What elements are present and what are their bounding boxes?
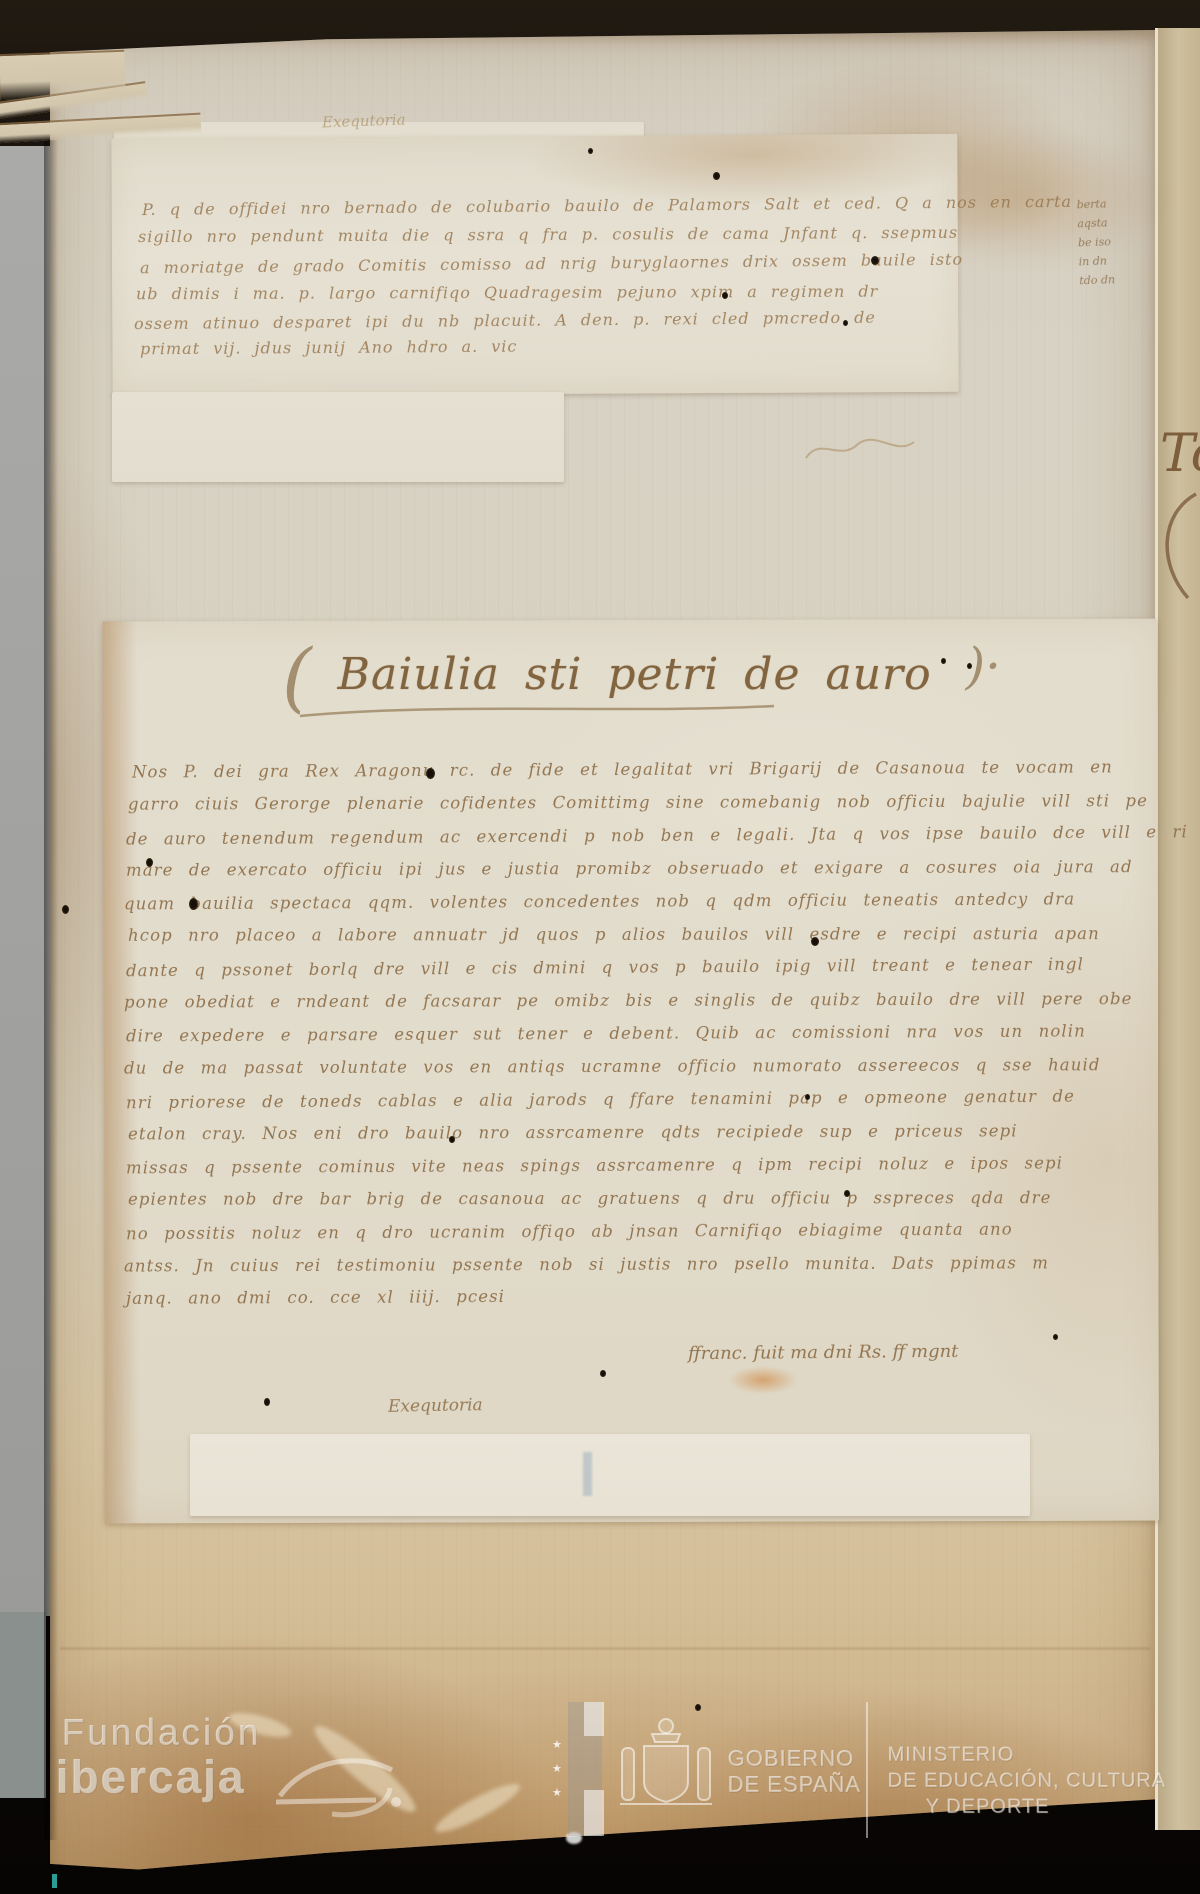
manuscript-line: antss. Jn cuius rei testimoniu pssente n… xyxy=(124,1253,1049,1275)
worm-hole xyxy=(146,858,153,867)
gray-slip-bottom xyxy=(0,1612,46,1798)
manuscript-line: epientes nob dre bar brig de casanoua ac… xyxy=(128,1188,1051,1209)
manuscript-line: primat vij. jdus junij Ano hdro a. vic xyxy=(140,337,518,359)
star-icon: ★ xyxy=(552,1786,562,1799)
blue-mark xyxy=(583,1452,592,1496)
worm-hole xyxy=(600,1370,606,1377)
ministerio-watermark-line1: MINISTERIO xyxy=(888,1744,1015,1767)
signature-line: ffranc. fuit ma dni Rs. ff mgnt xyxy=(688,1341,959,1364)
archival-note-bottom: Exequtoria xyxy=(388,1395,483,1417)
manuscript-line: mare de exercato officiu ipi jus e justi… xyxy=(126,857,1133,880)
star-icon: ★ xyxy=(552,1762,562,1775)
fundacion-watermark-line1: Fundación xyxy=(62,1712,262,1754)
heading-text: Baiulia sti petri de auro xyxy=(338,649,932,700)
gobierno-watermark-line1: GOBIERNO xyxy=(728,1746,855,1772)
paper-strip xyxy=(112,392,564,482)
worm-hole xyxy=(811,937,819,946)
ministry-bar-logo xyxy=(568,1702,602,1836)
archival-note-top: Exequtoria xyxy=(322,111,406,132)
worm-hole xyxy=(189,898,198,910)
worm-hole xyxy=(805,1094,810,1100)
worm-hole xyxy=(713,172,720,180)
manuscript-line: du de ma passat voluntate vos en antiqs … xyxy=(124,1055,1101,1077)
ministerio-watermark-line3: Y DEPORTE xyxy=(926,1796,1050,1819)
manuscript-line: ub dimis i ma. p. largo carnifiqo Quadra… xyxy=(136,282,878,304)
worm-hole xyxy=(844,1190,850,1197)
spain-coat-of-arms-icon xyxy=(614,1712,718,1818)
heading-underline xyxy=(298,698,778,724)
ministerio-watermark-line2: DE EDUCACIÓN, CULTURA xyxy=(888,1770,1166,1793)
manuscript-line: etalon cray. Nos eni dro bauilo nro assr… xyxy=(128,1121,1018,1143)
manuscript-line: hcop nro placeo a labore annuatr jd quos… xyxy=(128,924,1100,945)
worm-hole xyxy=(62,905,69,914)
manuscript-line: pone obediat e rndeant de facsarar pe om… xyxy=(124,989,1133,1012)
worm-hole xyxy=(588,148,593,154)
folio-edge xyxy=(0,50,126,100)
worm-hole xyxy=(871,256,879,265)
next-page-flourish xyxy=(1156,486,1200,606)
fundacion-watermark-line2: ibercaja xyxy=(56,1750,246,1804)
worm-hole xyxy=(426,768,435,779)
worm-hole xyxy=(967,663,972,669)
teal-speck xyxy=(52,1874,57,1888)
worm-hole xyxy=(941,658,946,664)
star-icon: ★ xyxy=(552,1738,562,1751)
ibercaja-logo-icon xyxy=(272,1744,404,1820)
worm-hole xyxy=(695,1704,701,1711)
worm-hole xyxy=(843,320,848,326)
worm-hole xyxy=(449,1136,455,1143)
ink-flourish xyxy=(800,428,920,473)
manuscript-line: garro ciuis Gerorge plenarie cofidentes … xyxy=(128,791,1148,814)
worm-hole xyxy=(1053,1334,1058,1340)
margin-jottings: berta aqsta be iso in dn tdo dn xyxy=(1076,193,1159,291)
fold-crease xyxy=(60,1646,1150,1651)
spine-shadow xyxy=(44,140,58,1840)
watermark-divider xyxy=(866,1702,868,1838)
manuscript-photo: Tot Exequtoria P. q de offidei nro berna… xyxy=(0,0,1200,1894)
worm-hole xyxy=(264,1398,270,1406)
worm-hole xyxy=(722,292,728,299)
gobierno-watermark-line2: DE ESPAÑA xyxy=(728,1772,861,1798)
manuscript-line: janq. ano dmi co. cce xl iiij. pcesi xyxy=(126,1287,505,1308)
orange-stain xyxy=(728,1366,798,1394)
next-page-edge xyxy=(1155,28,1200,1830)
paper-strip xyxy=(190,1434,1030,1516)
